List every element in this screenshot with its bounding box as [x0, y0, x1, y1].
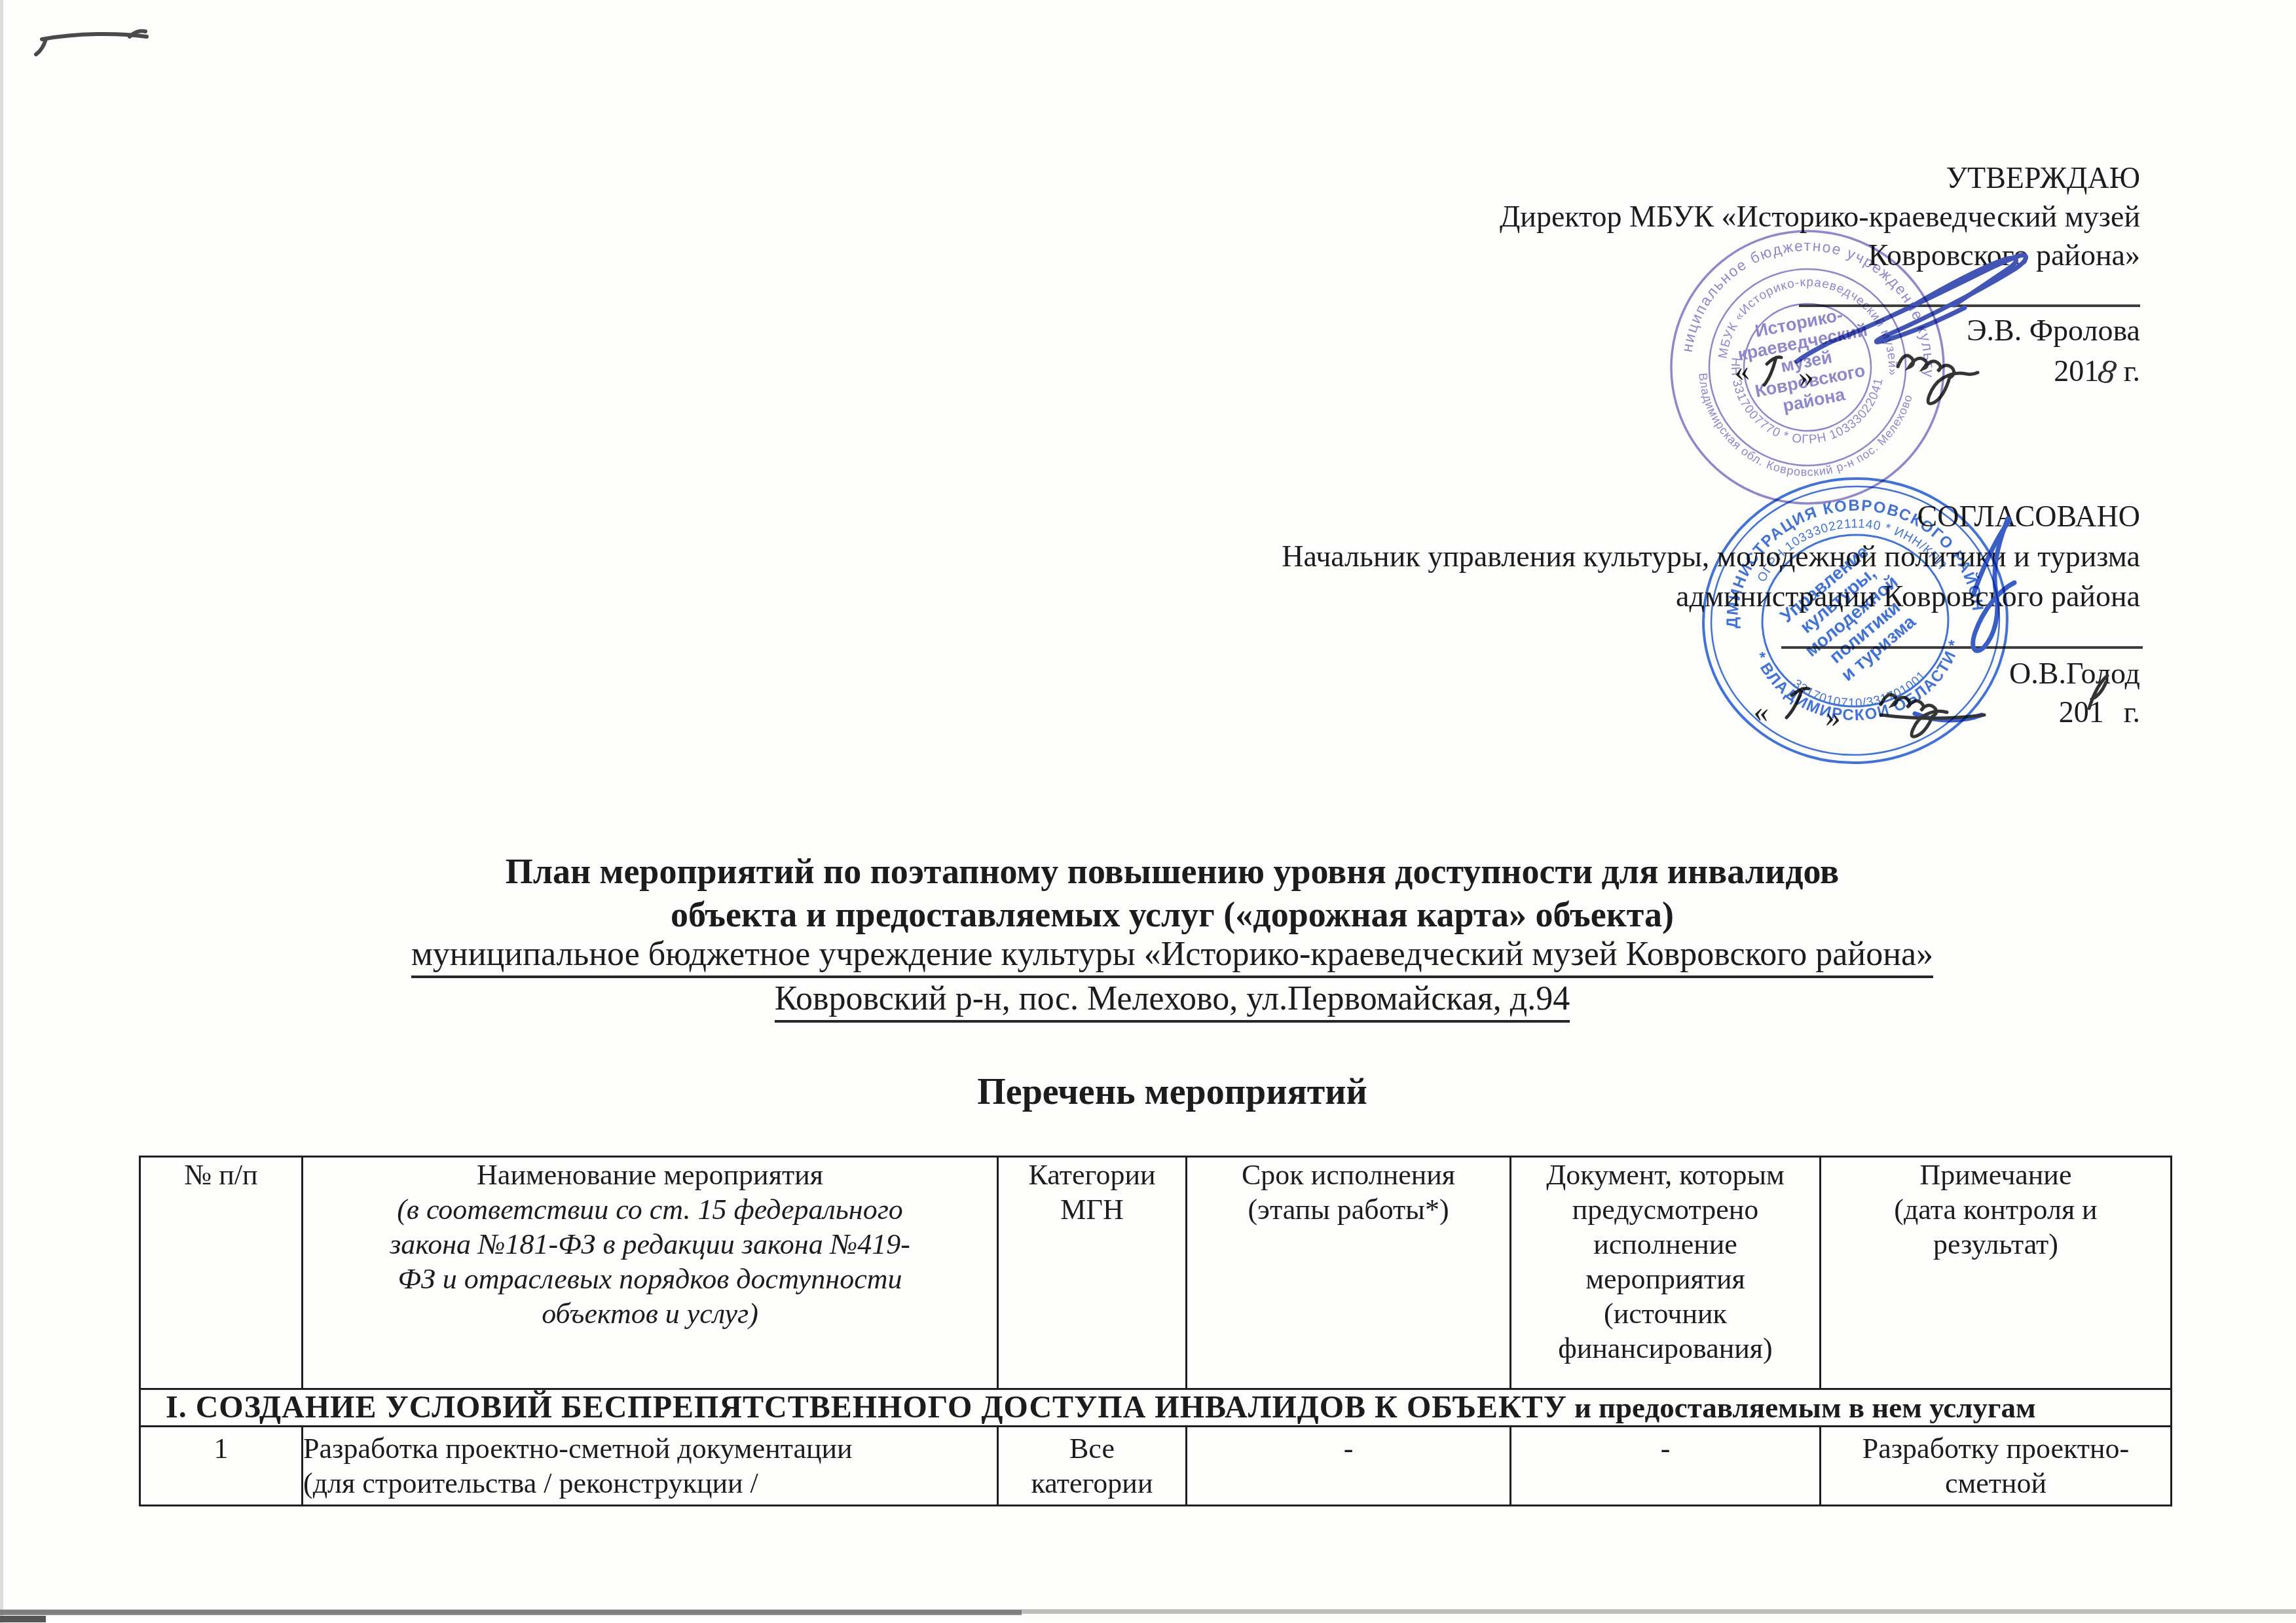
scan-left-edge	[0, 0, 3, 1623]
header-note-2: (дата контроля и	[1821, 1192, 2170, 1227]
title-line-4: Ковровский р-н, пос. Мелехово, ул.Первом…	[48, 979, 2296, 1018]
agree-date-suffix: г.	[2124, 695, 2140, 729]
row-name-line-2: (для строительства / реконструкции /	[303, 1466, 997, 1501]
approve-handwritten-day-icon	[1764, 357, 1781, 385]
header-name-sub-3: ФЗ и отраслевых порядков доступности	[303, 1262, 997, 1296]
document-subtitle: Перечень мероприятий	[48, 1071, 2296, 1113]
measures-table: № п/п Наименование мероприятия (в соотве…	[139, 1156, 2172, 1506]
header-cell-note: Примечание (дата контроля и результат)	[1821, 1157, 2172, 1389]
agree-date-year: 201г.	[2059, 695, 2140, 729]
header-cell-num: № п/п	[140, 1157, 303, 1389]
header-note-1: Примечание	[1821, 1158, 2170, 1192]
header-doc-6: финансирования)	[1511, 1331, 1819, 1366]
approve-line2: Ковровского района»	[1500, 236, 2140, 274]
row-name-line-1: Разработка проектно-сметной документации	[303, 1431, 997, 1466]
header-cell-document: Документ, которым предусмотрено исполнен…	[1511, 1157, 1821, 1389]
row-cell-document: -	[1511, 1427, 1821, 1506]
header-name-sub-4: объектов и услуг)	[303, 1296, 997, 1331]
section-cell: I. СОЗДАНИЕ УСЛОВИЙ БЕСПРЕПЯТСТВЕННОГО Д…	[140, 1389, 2172, 1427]
header-term-1: Срок исполнения	[1187, 1158, 1509, 1192]
stamp1-center-line1: Историко-	[1753, 305, 1844, 341]
approve-block: УТВЕРЖДАЮ Директор МБУК «Историко-краеве…	[1500, 158, 2140, 274]
title-line-3-text: муниципальное бюджетное учреждение культ…	[411, 936, 1933, 978]
header-doc-3: исполнение	[1511, 1227, 1819, 1262]
header-note-3: результат)	[1821, 1227, 2170, 1262]
section-tail-text: и предоставляемым в нем услугам	[1574, 1391, 2036, 1424]
header-name-title: Наименование мероприятия	[303, 1158, 997, 1192]
header-doc-5: (источник	[1511, 1296, 1819, 1331]
row-cell-name: Разработка проектно-сметной документации…	[303, 1427, 998, 1506]
agree-line1: Начальник управления культуры, молодежно…	[1282, 536, 2140, 576]
header-num-label: № п/п	[141, 1158, 301, 1192]
approve-quote-open: «	[1732, 353, 1750, 389]
row-category-line-2: категории	[999, 1466, 1185, 1501]
header-cell-name: Наименование мероприятия (в соответствии…	[303, 1157, 998, 1389]
header-name-sub-2: закона №181-ФЗ в редакции закона №419-	[303, 1227, 997, 1262]
agree-line2: администрации Ковровского района	[1282, 576, 2140, 616]
agree-handwritten-day-icon	[1787, 688, 1809, 718]
stamp2-outer-bottom-text: * ВЛАДИМИРСКОЙ ОБЛАСТИ *	[1750, 636, 1969, 731]
agree-signer-name: О.В.Голод	[2009, 656, 2140, 691]
svg-text:3317010710/331701001: 3317010710/331701001	[1790, 668, 1931, 715]
header-name-sub-1: (в соответствии со ст. 15 федерального	[303, 1192, 997, 1227]
approve-date-suffix: г.	[2124, 354, 2140, 388]
header-term-2: (этапы работы*)	[1187, 1192, 1509, 1227]
scanned-document-page: УТВЕРЖДАЮ Директор МБУК «Историко-краеве…	[0, 0, 2296, 1623]
svg-text:* ВЛАДИМИРСКОЙ ОБЛАСТИ *: * ВЛАДИМИРСКОЙ ОБЛАСТИ *	[1750, 636, 1969, 731]
row-cell-term: -	[1187, 1427, 1511, 1506]
agree-quote-close: »	[1824, 699, 1843, 735]
row-note-line-2: сметной	[1821, 1466, 2170, 1501]
approve-signature-line	[1799, 304, 2140, 307]
header-category-2: МГН	[999, 1192, 1185, 1227]
row-cell-num: 1	[140, 1427, 303, 1506]
title-line-3: муниципальное бюджетное учреждение культ…	[48, 935, 2296, 974]
approve-year-printed: 201	[2054, 354, 2099, 388]
scan-pen-artifact-icon	[36, 31, 147, 54]
stamp2-inner-bottom-text: 3317010710/331701001	[1790, 668, 1931, 715]
row-note-line-1: Разработку проектно-	[1821, 1431, 2170, 1466]
approve-date-year: 2018 г.	[2054, 351, 2140, 390]
agree-signature-line	[1781, 646, 2143, 649]
stamp1-center-line2: краеведческий	[1736, 320, 1869, 365]
agree-label: СОГЛАСОВАНО	[1282, 496, 2140, 536]
table-row: 1 Разработка проектно-сметной документац…	[140, 1427, 2172, 1506]
agree-handwritten-month-icon	[1881, 695, 1984, 737]
header-doc-4: мероприятия	[1511, 1262, 1819, 1296]
agree-year-printed: 201	[2059, 695, 2104, 729]
header-doc-1: Документ, которым	[1511, 1158, 1819, 1192]
header-cell-term: Срок исполнения (этапы работы*)	[1187, 1157, 1511, 1389]
row-category-line-1: Все	[999, 1431, 1185, 1466]
approve-handwritten-month-icon	[1898, 356, 1978, 403]
approve-quote-close: »	[1796, 358, 1815, 394]
header-doc-2: предусмотрено	[1511, 1192, 1819, 1227]
title-line-2: объекта и предоставляемых услуг («дорожн…	[48, 894, 2296, 935]
approve-label: УТВЕРЖДАЮ	[1500, 158, 2140, 197]
section-caps-text: I. СОЗДАНИЕ УСЛОВИЙ БЕСПРЕПЯТСТВЕННОГО Д…	[166, 1390, 1567, 1425]
approve-signer-name: Э.В. Фролова	[1967, 313, 2140, 348]
header-category-1: Категории	[999, 1158, 1185, 1192]
table-section-row: I. СОЗДАНИЕ УСЛОВИЙ БЕСПРЕПЯТСТВЕННОГО Д…	[140, 1389, 2172, 1427]
header-cell-category: Категории МГН	[998, 1157, 1187, 1389]
row-cell-note: Разработку проектно- сметной	[1821, 1427, 2172, 1506]
row-cell-category: Все категории	[998, 1427, 1187, 1506]
table-header-row: № п/п Наименование мероприятия (в соотве…	[140, 1157, 2172, 1389]
title-line-1: План мероприятий по поэтапному повышению…	[48, 851, 2296, 892]
title-line-4-text: Ковровский р-н, пос. Мелехово, ул.Первом…	[775, 980, 1570, 1023]
approve-line1: Директор МБУК «Историко-краеведческий му…	[1500, 197, 2140, 236]
scan-bottom-corner-mark	[0, 1616, 46, 1622]
agree-quote-open: «	[1752, 693, 1771, 729]
agree-block: СОГЛАСОВАНО Начальник управления культур…	[1282, 496, 2140, 616]
scan-bottom-edge-dark	[0, 1610, 1022, 1615]
